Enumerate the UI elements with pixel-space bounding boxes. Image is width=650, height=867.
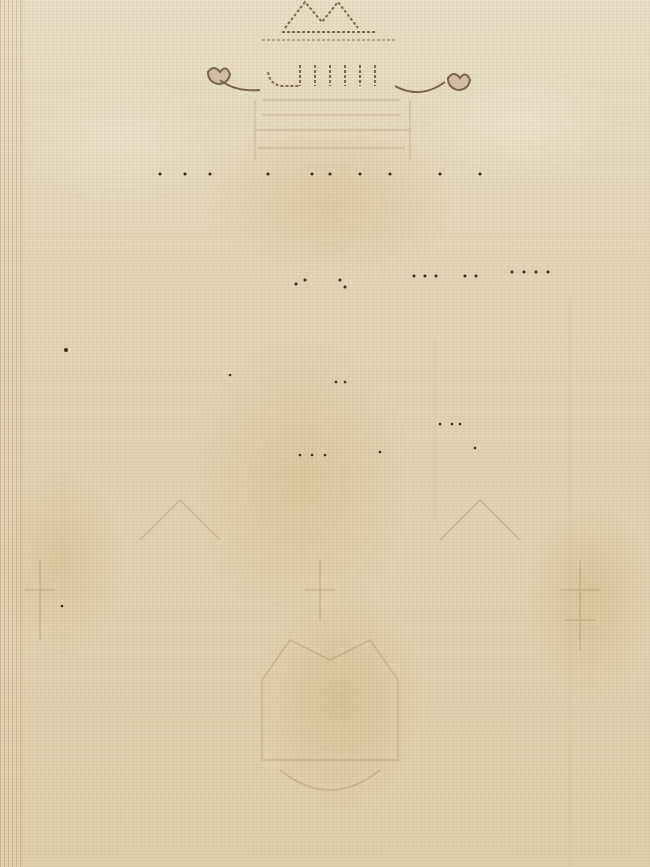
weave-texture — [0, 0, 650, 867]
rug-photo — [0, 0, 650, 867]
